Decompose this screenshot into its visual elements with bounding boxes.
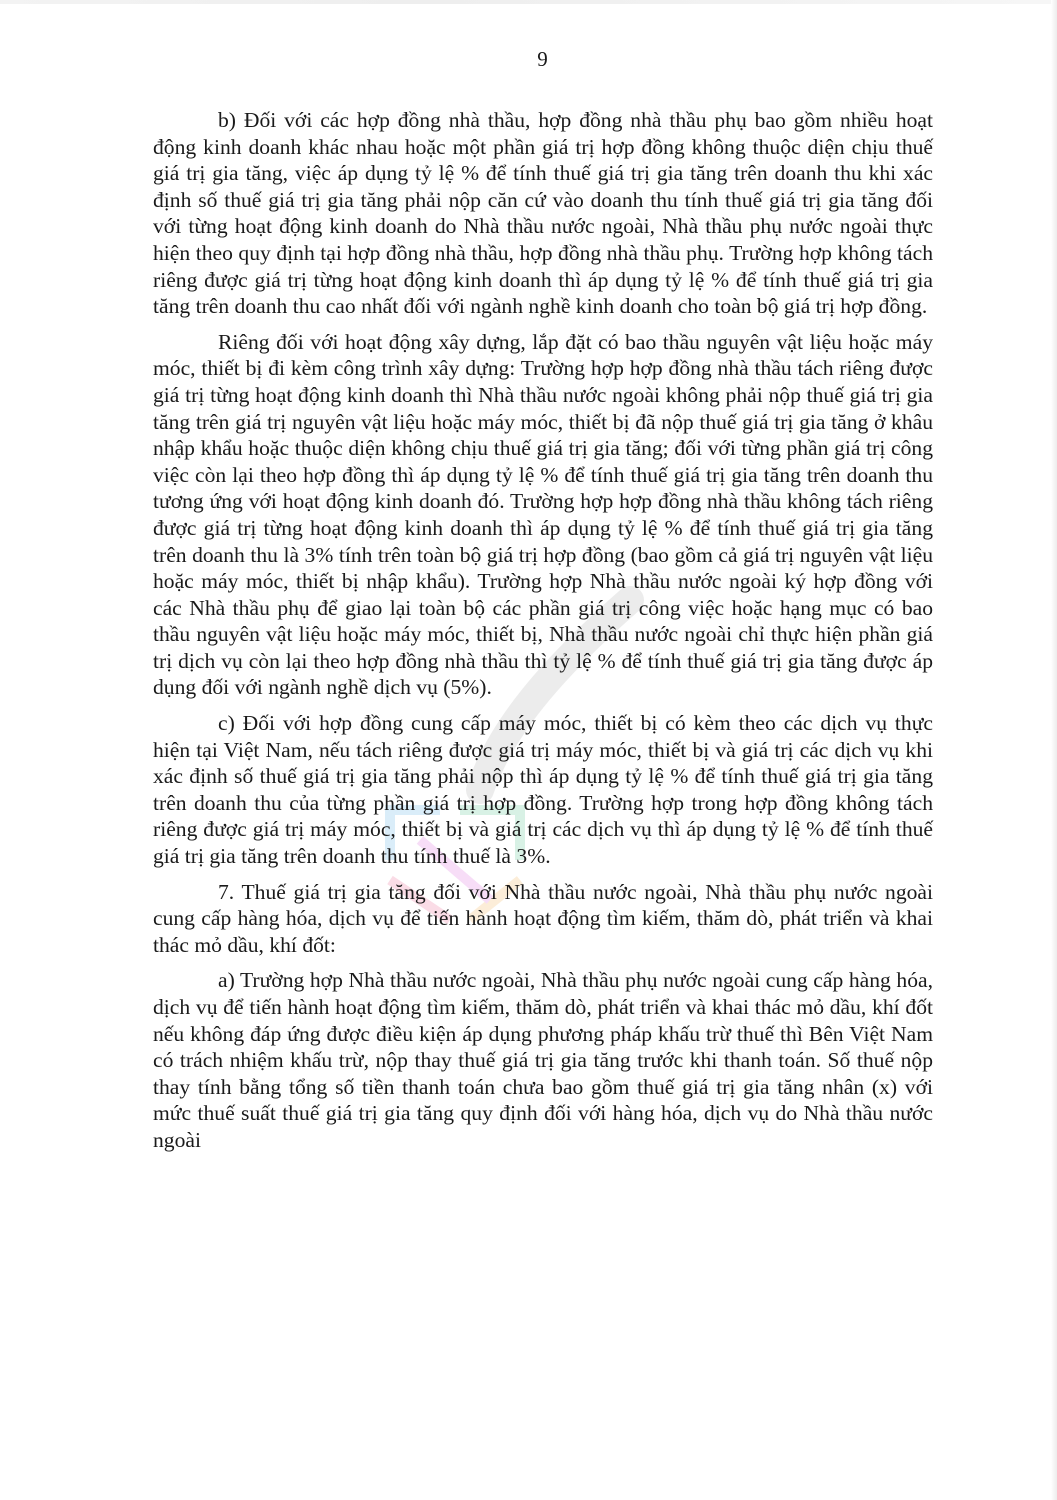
paragraph-7: 7. Thuế giá trị gia tăng đối với Nhà thầ… [153, 879, 933, 959]
scan-edge-right [1051, 0, 1057, 1500]
scan-edge-top [0, 0, 1057, 4]
paragraph-b: b) Đối với các hợp đồng nhà thầu, hợp đồ… [153, 107, 933, 320]
paragraph-b-construction: Riêng đối với hoạt động xây dựng, lắp đặ… [153, 329, 933, 701]
document-body: b) Đối với các hợp đồng nhà thầu, hợp đồ… [153, 107, 933, 1163]
paragraph-c: c) Đối với hợp đồng cung cấp máy móc, th… [153, 710, 933, 870]
page-number: 9 [0, 46, 1057, 72]
paragraph-7a: a) Trường hợp Nhà thầu nước ngoài, Nhà t… [153, 967, 933, 1153]
